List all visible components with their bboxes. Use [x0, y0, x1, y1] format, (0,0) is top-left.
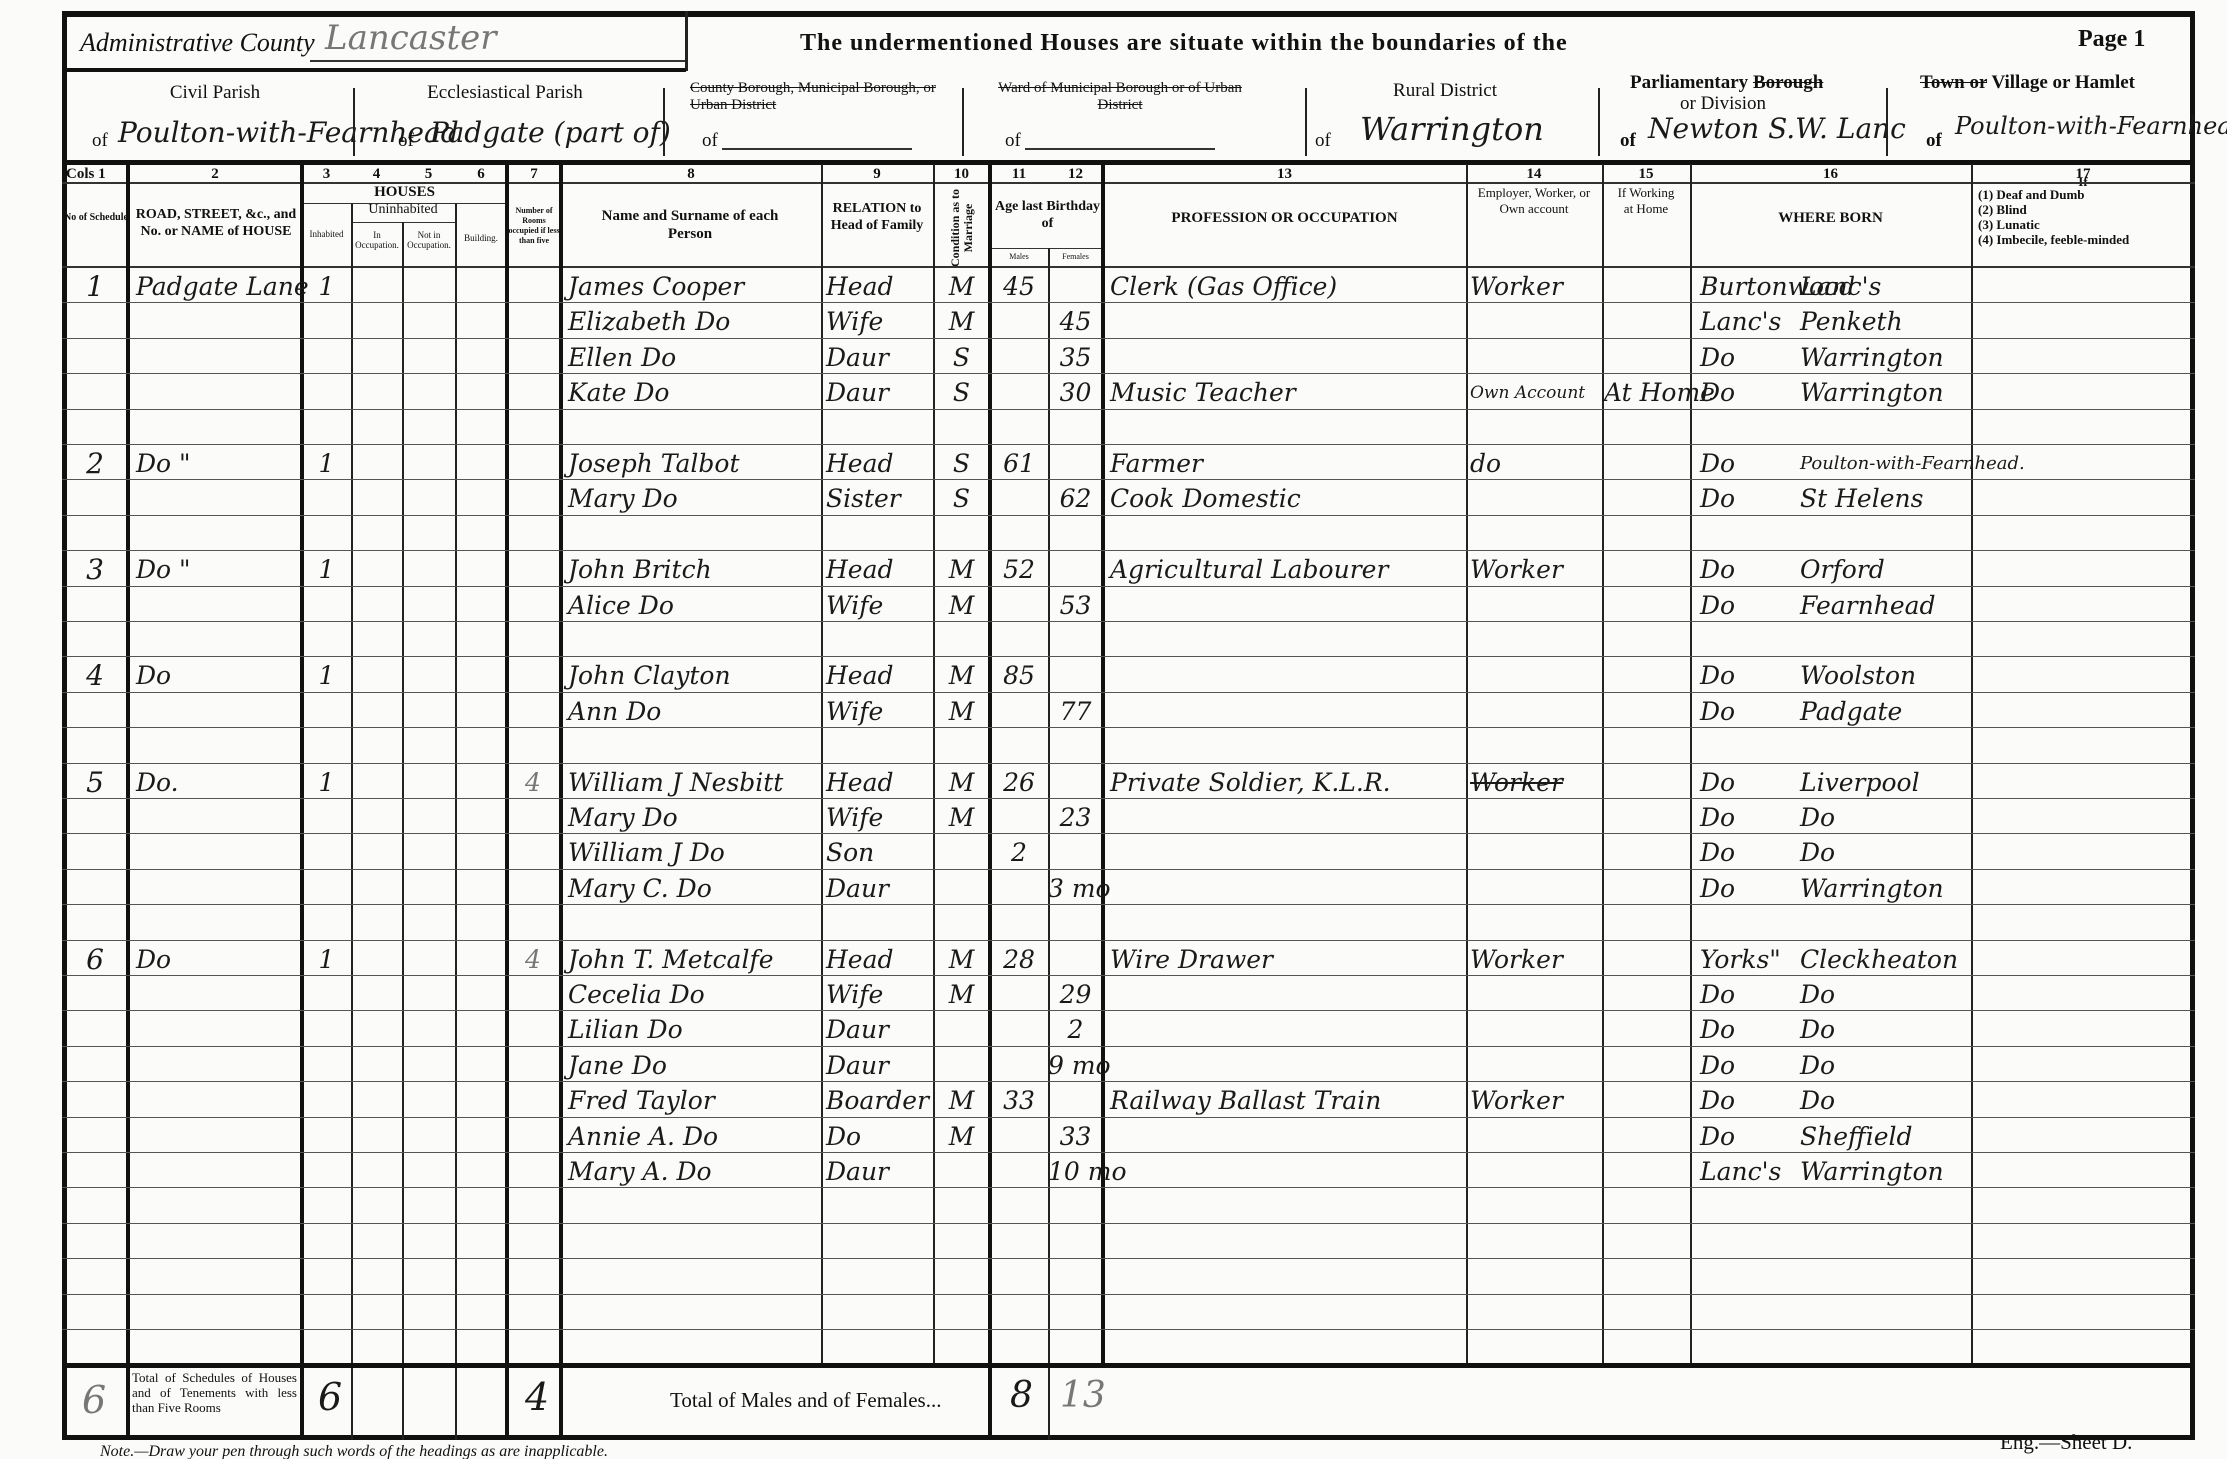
condition-cell — [935, 1011, 988, 1046]
relation-cell: Sister — [826, 480, 933, 515]
road-cell — [136, 799, 301, 834]
employer-cell — [1470, 1118, 1602, 1153]
inhabited-header: Inhabited — [302, 228, 351, 240]
condition-cell: M — [935, 1118, 988, 1153]
village-label-text: Village or Hamlet — [1991, 72, 2135, 93]
rooms-cell — [507, 587, 559, 622]
relation-cell: Daur — [826, 870, 933, 905]
rooms-cell — [507, 480, 559, 515]
ecclesiastical-parish-label: Ecclesiastical Parish — [360, 82, 650, 104]
schedule-cell — [64, 1047, 126, 1082]
name-cell: Mary A. Do — [568, 1153, 821, 1188]
at-home-cell — [1604, 1153, 1690, 1188]
road-cell — [136, 1153, 301, 1188]
col-num-13: 13 — [1103, 166, 1466, 183]
born-place-cell: Liverpool — [1800, 764, 1971, 799]
area-divider-3 — [962, 88, 964, 156]
name-cell: John Britch — [568, 551, 821, 586]
born-county-cell: Do — [1700, 1011, 1800, 1046]
employer-cell — [1470, 799, 1602, 834]
uninhabited-header: Uninhabited — [351, 202, 455, 218]
inhabited-cell: 1 — [302, 268, 351, 303]
female-age-cell — [1048, 1082, 1103, 1117]
condition-cell: M — [935, 693, 988, 728]
rooms-cell: 4 — [507, 941, 559, 976]
schedule-cell: 6 — [64, 941, 126, 976]
employer-cell — [1470, 1153, 1602, 1188]
ward-underline — [1025, 148, 1215, 150]
name-cell: Ann Do — [568, 693, 821, 728]
person-row: Elizabeth DoWifeM45Lanc'sPenketh — [0, 303, 2227, 338]
col-num-4: 4 — [351, 166, 402, 183]
relation-cell: Wife — [826, 587, 933, 622]
person-row: Mary A. DoDaur10 moLanc'sWarrington — [0, 1153, 2227, 1188]
rooms-cell — [507, 303, 559, 338]
condition-cell: M — [935, 657, 988, 692]
occupation-cell: Cook Domestic — [1110, 480, 1466, 515]
female-age-cell: 62 — [1048, 480, 1103, 515]
ecclesiastical-parish-prefix: of — [398, 130, 414, 152]
born-place-cell: Sheffield — [1800, 1118, 1971, 1153]
area-divider-6 — [1886, 88, 1888, 156]
rooms-cell — [507, 1082, 559, 1117]
rural-district-label: Rural District — [1320, 80, 1570, 102]
inhabited-cell — [302, 1082, 351, 1117]
inhabited-cell: 1 — [302, 941, 351, 976]
col-num-12: 12 — [1048, 166, 1103, 183]
employer-cell: Worker — [1470, 1082, 1602, 1117]
parliamentary-prefix: of — [1620, 130, 1636, 152]
county-borough-underline — [722, 148, 912, 150]
condition-cell: M — [935, 941, 988, 976]
born-county-cell: Do — [1700, 480, 1800, 515]
occupation-cell — [1110, 587, 1466, 622]
infirmity-deaf: (1) Deaf and Dumb — [1978, 187, 2129, 202]
employer-cell — [1470, 339, 1602, 374]
relation-cell: Head — [826, 268, 933, 303]
rooms-cell — [507, 268, 559, 303]
occupation-cell — [1110, 1118, 1466, 1153]
schedule-cell: 5 — [64, 764, 126, 799]
total-inhabited-value: 6 — [318, 1375, 342, 1419]
condition-cell — [935, 870, 988, 905]
col-num-1: Cols 1 — [66, 166, 106, 183]
rural-district-prefix: of — [1315, 130, 1331, 152]
employer-cell: Worker — [1470, 764, 1602, 799]
female-age-cell: 23 — [1048, 799, 1103, 834]
name-cell: William J Do — [568, 834, 821, 869]
parliamentary-label: Parliamentary Borough — [1630, 72, 1823, 94]
road-header: ROAD, STREET, &c., and No. or NAME of HO… — [132, 206, 300, 240]
rooms-cell — [507, 799, 559, 834]
col-num-2: 2 — [128, 166, 302, 183]
person-row: 2Do "1Joseph TalbotHeadS61FarmerdoDoPoul… — [0, 445, 2227, 480]
schedule-cell: 4 — [64, 657, 126, 692]
relation-cell: Boarder — [826, 1082, 933, 1117]
page-number: Page 1 — [2078, 26, 2145, 53]
male-age-cell — [990, 587, 1048, 622]
born-place-cell: Do — [1800, 834, 1971, 869]
employer-cell — [1470, 976, 1602, 1011]
inhabited-cell: 1 — [302, 551, 351, 586]
employer-cell — [1470, 303, 1602, 338]
schedule-cell — [64, 480, 126, 515]
condition-cell — [935, 1047, 988, 1082]
road-cell: Padgate Lane — [136, 268, 301, 303]
female-age-cell — [1048, 445, 1103, 480]
rooms-cell — [507, 445, 559, 480]
relation-cell: Daur — [826, 374, 933, 409]
females-header: Females — [1048, 251, 1103, 263]
at-home-cell — [1604, 303, 1690, 338]
road-cell: Do. — [136, 764, 301, 799]
at-home-cell — [1604, 764, 1690, 799]
schedule-cell — [64, 834, 126, 869]
inhabited-cell — [302, 587, 351, 622]
male-age-cell — [990, 1047, 1048, 1082]
name-cell: Mary C. Do — [568, 870, 821, 905]
born-county-cell: Do — [1700, 976, 1800, 1011]
male-age-cell: 2 — [990, 834, 1048, 869]
name-cell: Mary Do — [568, 480, 821, 515]
born-place-cell: Penketh — [1800, 303, 1971, 338]
relation-cell: Wife — [826, 976, 933, 1011]
col-num-8: 8 — [561, 166, 821, 183]
relation-header: RELATION to Head of Family — [825, 200, 929, 234]
blank-row — [0, 516, 2227, 551]
at-home-cell — [1604, 799, 1690, 834]
born-county-cell: Do — [1700, 587, 1800, 622]
total-schedules-value: 6 — [82, 1378, 106, 1422]
road-cell — [136, 976, 301, 1011]
civil-parish-prefix: of — [92, 130, 108, 152]
area-divider-1 — [353, 88, 355, 156]
occupation-cell — [1110, 834, 1466, 869]
male-age-cell — [990, 693, 1048, 728]
name-cell: Joseph Talbot — [568, 445, 821, 480]
occupation-cell — [1110, 303, 1466, 338]
employer-cell: Worker — [1470, 268, 1602, 303]
name-cell: Mary Do — [568, 799, 821, 834]
person-row: Cecelia DoWifeM29DoDo — [0, 976, 2227, 1011]
inhabited-cell: 1 — [302, 657, 351, 692]
rooms-cell — [507, 1047, 559, 1082]
rooms-cell — [507, 834, 559, 869]
schedule-cell — [64, 587, 126, 622]
occupation-cell — [1110, 799, 1466, 834]
blank-row — [0, 1224, 2227, 1259]
condition-cell: S — [935, 445, 988, 480]
road-cell: Do — [136, 941, 301, 976]
at-home-cell — [1604, 587, 1690, 622]
born-county-cell: Do — [1700, 1118, 1800, 1153]
born-county-cell: Do — [1700, 1047, 1800, 1082]
at-home-cell — [1604, 551, 1690, 586]
born-county-cell: Do — [1700, 799, 1800, 834]
rooms-header: Number of Rooms occupied if less than fi… — [508, 206, 560, 246]
col-num-11: 11 — [990, 166, 1048, 183]
male-age-cell: 52 — [990, 551, 1048, 586]
occupation-cell: Music Teacher — [1110, 374, 1466, 409]
header-top-rule — [62, 160, 2195, 165]
person-row: 6Do14John T. MetcalfeHeadM28Wire DrawerW… — [0, 941, 2227, 976]
relation-cell: Head — [826, 551, 933, 586]
at-home-cell — [1604, 1118, 1690, 1153]
born-place-cell: St Helens — [1800, 480, 1971, 515]
born-place-cell: Cleckheaton — [1800, 941, 1971, 976]
condition-cell: M — [935, 799, 988, 834]
relation-cell: Head — [826, 764, 933, 799]
total-schedules-label: Total of Schedules of Houses and of Tene… — [132, 1370, 297, 1415]
schedule-cell — [64, 303, 126, 338]
houses-header: HOUSES — [302, 184, 507, 201]
at-home-cell — [1604, 445, 1690, 480]
born-place-cell: Fearnhead — [1800, 587, 1971, 622]
born-place-cell: Poulton-with-Fearnhead. — [1800, 445, 1971, 480]
inhabited-cell — [302, 799, 351, 834]
occupation-cell — [1110, 339, 1466, 374]
at-home-cell — [1604, 976, 1690, 1011]
total-females-value: 13 — [1060, 1375, 1106, 1416]
person-row: Annie A. DoDoM33DoSheffield — [0, 1118, 2227, 1153]
infirmity-blind: (2) Blind — [1978, 202, 2129, 217]
road-cell — [136, 1011, 301, 1046]
total-rooms-value: 4 — [525, 1375, 549, 1419]
schedule-cell — [64, 693, 126, 728]
employer-cell: Worker — [1470, 941, 1602, 976]
condition-cell: M — [935, 587, 988, 622]
ecclesiastical-parish-value: Padgate (part of) — [430, 116, 671, 149]
born-place-cell: Do — [1800, 799, 1971, 834]
county-borough-label: County Borough, Municipal Borough, or Ur… — [690, 80, 950, 114]
born-county-cell: Do — [1700, 374, 1800, 409]
schedule-cell: 1 — [64, 268, 126, 303]
employer-cell — [1470, 1047, 1602, 1082]
col-num-5: 5 — [402, 166, 455, 183]
males-header: Males — [990, 251, 1048, 263]
female-age-cell: 3 mo — [1048, 870, 1103, 905]
not-in-occupation-header: Not in Occupation. — [404, 230, 454, 250]
relation-cell: Wife — [826, 693, 933, 728]
male-age-cell — [990, 374, 1048, 409]
male-age-cell: 26 — [990, 764, 1048, 799]
male-age-cell: 33 — [990, 1082, 1048, 1117]
person-row: 3Do "1John BritchHeadM52Agricultural Lab… — [0, 551, 2227, 586]
ward-prefix: of — [1005, 130, 1021, 152]
col-num-16: 16 — [1690, 166, 1971, 183]
admin-county-underline — [310, 60, 685, 62]
at-home-cell — [1604, 1082, 1690, 1117]
at-home-cell — [1604, 870, 1690, 905]
schedule-cell — [64, 339, 126, 374]
schedule-cell — [64, 374, 126, 409]
road-cell — [136, 303, 301, 338]
road-cell — [136, 374, 301, 409]
condition-cell: M — [935, 976, 988, 1011]
female-age-cell: 33 — [1048, 1118, 1103, 1153]
relation-cell: Head — [826, 657, 933, 692]
condition-cell: M — [935, 268, 988, 303]
title-band-rule — [62, 68, 686, 72]
born-place-cell: Warrington — [1800, 374, 1971, 409]
born-county-cell: Lanc's — [1700, 303, 1800, 338]
male-age-cell — [990, 799, 1048, 834]
blank-row — [0, 905, 2227, 940]
infirmity-lunatic: (3) Lunatic — [1978, 217, 2129, 232]
col-num-7: 7 — [507, 166, 561, 183]
name-cell: Cecelia Do — [568, 976, 821, 1011]
rooms-cell — [507, 1118, 559, 1153]
admin-county-label: Administrative County — [80, 28, 315, 58]
road-cell — [136, 1082, 301, 1117]
female-age-cell — [1048, 551, 1103, 586]
area-divider-2 — [663, 88, 665, 156]
born-county-cell: Yorks" — [1700, 941, 1800, 976]
blank-row — [0, 622, 2227, 657]
schedule-cell — [64, 1082, 126, 1117]
female-age-cell: 35 — [1048, 339, 1103, 374]
area-divider-5 — [1598, 88, 1600, 156]
occupation-cell — [1110, 870, 1466, 905]
born-county-cell: Lanc's — [1700, 1153, 1800, 1188]
age-header: Age last Birthday of — [995, 198, 1100, 232]
blank-row — [0, 1188, 2227, 1223]
totals-top-rule — [62, 1363, 2195, 1368]
relation-cell: Daur — [826, 1011, 933, 1046]
schedule-cell — [64, 1011, 126, 1046]
female-age-cell: 10 mo — [1048, 1153, 1103, 1188]
at-home-cell — [1604, 480, 1690, 515]
inhabited-cell: 1 — [302, 764, 351, 799]
condition-cell: S — [935, 339, 988, 374]
occupation-cell: Farmer — [1110, 445, 1466, 480]
road-cell: Do " — [136, 445, 301, 480]
inhabited-cell — [302, 303, 351, 338]
born-county-cell: Do — [1700, 870, 1800, 905]
female-age-cell — [1048, 764, 1103, 799]
occupation-cell: Railway Ballast Train — [1110, 1082, 1466, 1117]
male-age-cell — [990, 1118, 1048, 1153]
admin-county-box-divider — [685, 11, 688, 71]
name-cell: Lilian Do — [568, 1011, 821, 1046]
rural-district-value: Warrington — [1360, 110, 1544, 148]
at-home-cell — [1604, 268, 1690, 303]
born-county-cell: Do — [1700, 657, 1800, 692]
admin-county-value: Lancaster — [325, 18, 497, 58]
name-cell: John T. Metcalfe — [568, 941, 821, 976]
at-home-cell — [1604, 1047, 1690, 1082]
born-county-cell: Do — [1700, 693, 1800, 728]
road-cell — [136, 1047, 301, 1082]
female-age-cell: 77 — [1048, 693, 1103, 728]
name-cell: William J Nesbitt — [568, 764, 821, 799]
at-home-cell — [1604, 1011, 1690, 1046]
born-place-cell: Warrington — [1800, 870, 1971, 905]
inhabited-cell — [302, 480, 351, 515]
condition-cell: M — [935, 551, 988, 586]
infirmity-list: (1) Deaf and Dumb (2) Blind (3) Lunatic … — [1978, 187, 2129, 247]
condition-cell: M — [935, 764, 988, 799]
schedule-cell — [64, 1153, 126, 1188]
ward-label: Ward of Municipal Borough or of Urban Di… — [985, 80, 1255, 114]
born-place-cell: Do — [1800, 976, 1971, 1011]
rooms-cell — [507, 657, 559, 692]
blank-row — [0, 1259, 2227, 1294]
inhabited-cell — [302, 374, 351, 409]
at-home-cell — [1604, 339, 1690, 374]
condition-cell: S — [935, 480, 988, 515]
blank-row — [0, 1330, 2227, 1365]
female-age-cell — [1048, 657, 1103, 692]
condition-cell — [935, 1153, 988, 1188]
relation-cell: Head — [826, 445, 933, 480]
person-row: Alice DoWifeM53DoFearnhead — [0, 587, 2227, 622]
condition-cell: S — [935, 374, 988, 409]
employer-cell — [1470, 587, 1602, 622]
inhabited-cell — [302, 1118, 351, 1153]
schedule-cell — [64, 976, 126, 1011]
rooms-cell — [507, 339, 559, 374]
female-age-cell: 53 — [1048, 587, 1103, 622]
male-age-cell — [990, 976, 1048, 1011]
road-cell — [136, 480, 301, 515]
person-row: 1Padgate Lane1James CooperHeadM45Clerk (… — [0, 268, 2227, 303]
employer-cell: do — [1470, 445, 1602, 480]
inhabited-cell — [302, 834, 351, 869]
road-cell — [136, 870, 301, 905]
person-row: Mary DoWifeM23DoDo — [0, 799, 2227, 834]
civil-parish-label: Civil Parish — [80, 82, 350, 104]
male-age-cell — [990, 303, 1048, 338]
name-cell: Kate Do — [568, 374, 821, 409]
rooms-cell — [507, 1011, 559, 1046]
employer-cell: Own Account — [1470, 374, 1602, 409]
name-cell: Alice Do — [568, 587, 821, 622]
blank-row — [0, 410, 2227, 445]
employer-cell — [1470, 693, 1602, 728]
male-age-cell — [990, 1011, 1048, 1046]
male-age-cell: 85 — [990, 657, 1048, 692]
name-cell: Jane Do — [568, 1047, 821, 1082]
employer-cell — [1470, 480, 1602, 515]
male-age-cell: 45 — [990, 268, 1048, 303]
inhabited-cell — [302, 339, 351, 374]
occupation-cell: Clerk (Gas Office) — [1110, 268, 1466, 303]
name-cell: John Clayton — [568, 657, 821, 692]
where-born-header: WHERE BORN — [1690, 210, 1971, 227]
road-cell: Do " — [136, 551, 301, 586]
person-row: Mary DoSisterS62Cook DomesticDoSt Helens — [0, 480, 2227, 515]
at-home-cell — [1604, 941, 1690, 976]
female-age-cell — [1048, 268, 1103, 303]
occupation-header: PROFESSION OR OCCUPATION — [1103, 210, 1466, 227]
total-persons-label: Total of Males and of Females... — [670, 1388, 941, 1413]
born-county-cell: Burtonwood — [1700, 268, 1800, 303]
female-age-cell — [1048, 834, 1103, 869]
schedule-cell — [64, 1118, 126, 1153]
born-place-cell: Padgate — [1800, 693, 1971, 728]
female-age-cell: 30 — [1048, 374, 1103, 409]
person-row: William J DoSon2DoDo — [0, 834, 2227, 869]
female-age-cell: 2 — [1048, 1011, 1103, 1046]
born-county-cell: Do — [1700, 339, 1800, 374]
col-num-6: 6 — [455, 166, 507, 183]
parliamentary-value: Newton S.W. Lanc — [1648, 112, 1906, 145]
name-header: Name and Surname of each Person — [580, 207, 800, 243]
at-home-cell — [1604, 693, 1690, 728]
total-males-value: 8 — [1010, 1375, 1033, 1416]
person-row: Kate DoDaurS30Music TeacherOwn AccountAt… — [0, 374, 2227, 409]
